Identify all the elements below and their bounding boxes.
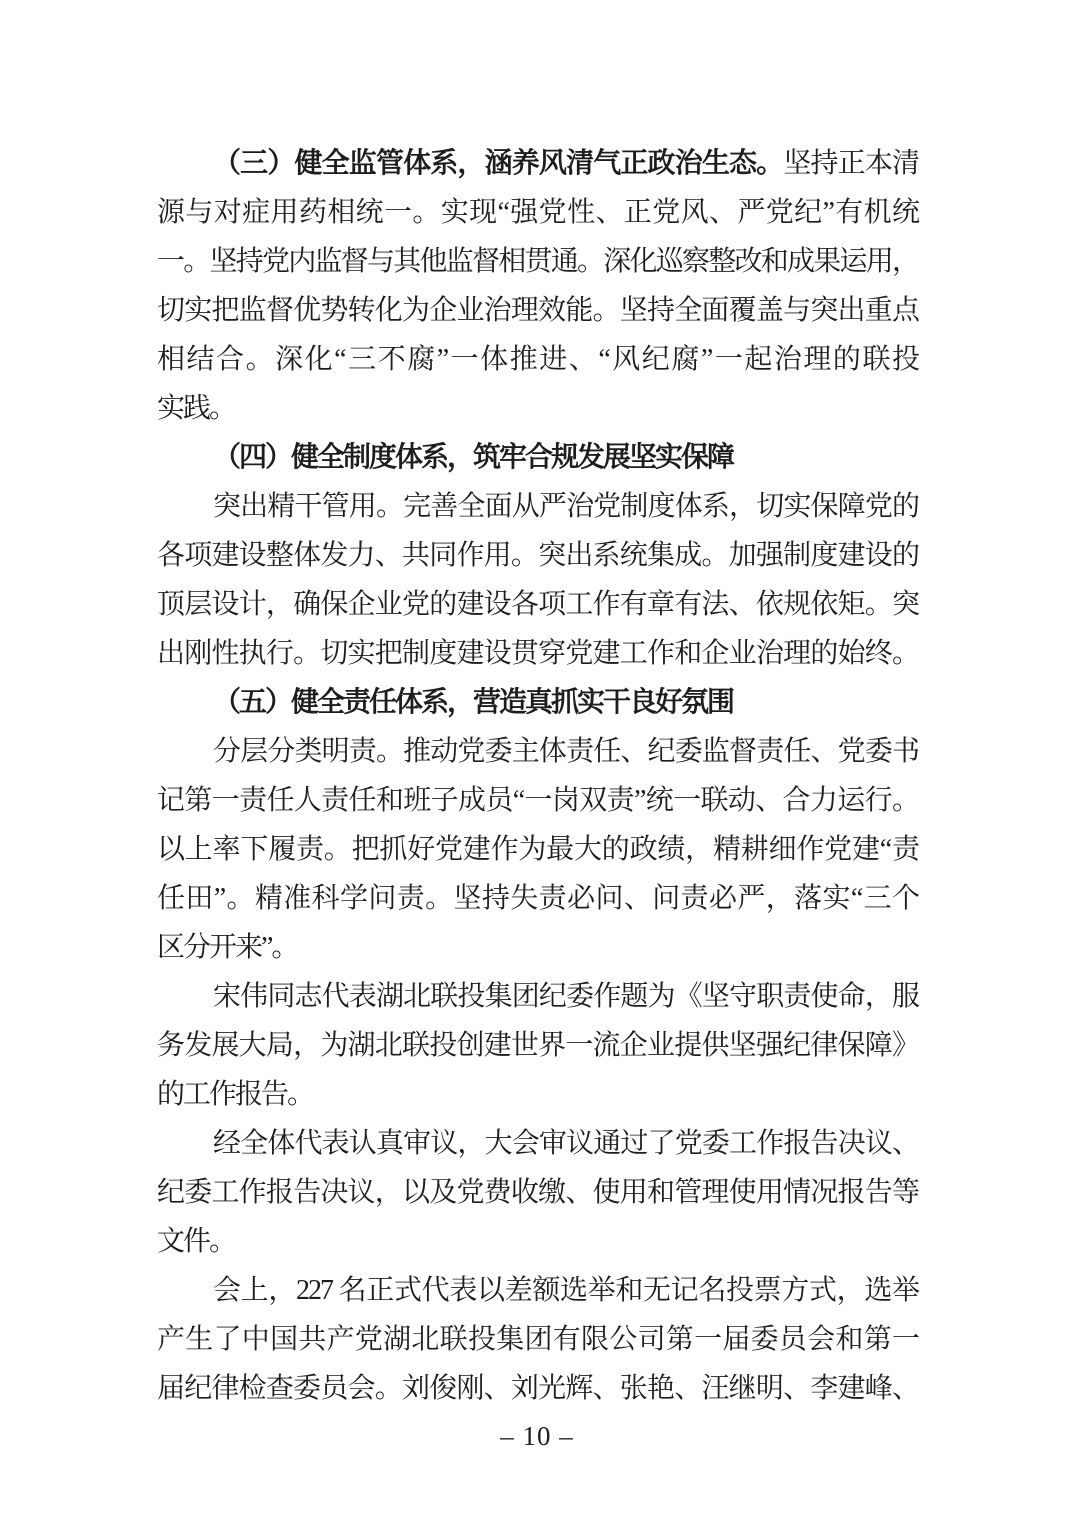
text-run: 产生了中国共产党湖北联投集团有限公司第一届委员会和第一 bbox=[157, 1324, 918, 1355]
text-run: 务发展大局，为湖北联投创建世界一流企业提供坚强纪律保障》 bbox=[157, 1030, 918, 1061]
paragraph: 突出精干管用。完善全面从严治党制度体系，切实保障党的各项建设整体发力、共同作用。… bbox=[157, 482, 918, 678]
section-heading: （四）健全制度体系，筑牢合规发展坚实保障 bbox=[157, 433, 918, 482]
text-line: 产生了中国共产党湖北联投集团有限公司第一届委员会和第一 bbox=[157, 1315, 918, 1364]
text-line: 宋伟同志代表湖北联投集团纪委作题为《坚守职责使命，服 bbox=[157, 972, 918, 1021]
text-line: 纪委工作报告决议，以及党费收缴、使用和管理使用情况报告等 bbox=[157, 1168, 918, 1217]
text-line: 记第一责任人责任和班子成员“一岗双责”统一联动、合力运行。 bbox=[157, 776, 918, 825]
text-run: 相结合。深化“三不腐”一体推进、“风纪腐”一起治理的联投 bbox=[157, 344, 918, 375]
text-run: 届纪律检查委员会。刘俊刚、刘光辉、张艳、汪继明、李建峰、 bbox=[157, 1373, 918, 1404]
text-run: 区分开来”。 bbox=[157, 932, 297, 963]
paragraph: 分层分类明责。推动党委主体责任、纪委监督责任、党委书记第一责任人责任和班子成员“… bbox=[157, 727, 918, 972]
text-run: 分层分类明责。推动党委主体责任、纪委监督责任、党委书 bbox=[213, 736, 918, 767]
text-line: 突出精干管用。完善全面从严治党制度体系，切实保障党的 bbox=[157, 482, 918, 531]
text-line: 区分开来”。 bbox=[157, 923, 918, 972]
text-run: 经全体代表认真审议，大会审议通过了党委工作报告决议、 bbox=[213, 1128, 918, 1159]
text-run: 源与对症用药相统一。实现“强党性、正党风、严党纪”有机统 bbox=[157, 197, 918, 228]
text-run: 突出精干管用。完善全面从严治党制度体系，切实保障党的 bbox=[213, 491, 918, 522]
paragraph: 经全体代表认真审议，大会审议通过了党委工作报告决议、纪委工作报告决议，以及党费收… bbox=[157, 1119, 918, 1266]
text-line: 出刚性执行。切实把制度建设贯穿党建工作和企业治理的始终。 bbox=[157, 629, 918, 678]
text-line: 顶层设计，确保企业党的建设各项工作有章有法、依规依矩。突 bbox=[157, 580, 918, 629]
text-run: 出刚性执行。切实把制度建设贯穿党建工作和企业治理的始终。 bbox=[157, 638, 918, 669]
heading-run: （四）健全制度体系，筑牢合规发展坚实保障 bbox=[213, 442, 733, 473]
text-line: 以上率下履责。把抓好党建作为最大的政绩，精耕细作党建“责 bbox=[157, 825, 918, 874]
text-run: 任田”。精准科学问责。坚持失责必问、问责必严，落实“三个 bbox=[157, 883, 918, 914]
text-run: 文件。 bbox=[157, 1226, 235, 1257]
text-run: 一。坚持党内监督与其他监督相贯通。深化巡察整改和成果运用， bbox=[157, 246, 918, 277]
text-run: 的工作报告。 bbox=[157, 1079, 313, 1110]
text-line: （五）健全责任体系，营造真抓实干良好氛围 bbox=[157, 678, 918, 727]
text-line: 务发展大局，为湖北联投创建世界一流企业提供坚强纪律保障》 bbox=[157, 1021, 918, 1070]
text-line: 任田”。精准科学问责。坚持失责必问、问责必严，落实“三个 bbox=[157, 874, 918, 923]
document-body: （三）健全监管体系，涵养风清气正政治生态。坚持正本清源与对症用药相统一。实现“强… bbox=[157, 139, 918, 1413]
text-line: （四）健全制度体系，筑牢合规发展坚实保障 bbox=[157, 433, 918, 482]
text-line: 各项建设整体发力、共同作用。突出系统集成。加强制度建设的 bbox=[157, 531, 918, 580]
page-number: – 10 – bbox=[0, 1412, 1074, 1461]
text-line: 相结合。深化“三不腐”一体推进、“风纪腐”一起治理的联投 bbox=[157, 335, 918, 384]
text-line: 一。坚持党内监督与其他监督相贯通。深化巡察整改和成果运用， bbox=[157, 237, 918, 286]
heading-run: （三）健全监管体系，涵养风清气正政治生态。 bbox=[213, 148, 783, 179]
document-page: （三）健全监管体系，涵养风清气正政治生态。坚持正本清源与对症用药相统一。实现“强… bbox=[0, 0, 1074, 1520]
text-line: 切实把监督优势转化为企业治理效能。坚持全面覆盖与突出重点 bbox=[157, 286, 918, 335]
text-run: 各项建设整体发力、共同作用。突出系统集成。加强制度建设的 bbox=[157, 540, 918, 571]
text-line: 文件。 bbox=[157, 1217, 918, 1266]
paragraph: （三）健全监管体系，涵养风清气正政治生态。坚持正本清源与对症用药相统一。实现“强… bbox=[157, 139, 918, 433]
text-run: 会上，227 名正式代表以差额选举和无记名投票方式，选举 bbox=[213, 1275, 918, 1306]
text-run: 切实把监督优势转化为企业治理效能。坚持全面覆盖与突出重点 bbox=[157, 295, 918, 326]
text-run: 记第一责任人责任和班子成员“一岗双责”统一联动、合力运行。 bbox=[157, 785, 918, 816]
text-line: 实践。 bbox=[157, 384, 918, 433]
text-line: 会上，227 名正式代表以差额选举和无记名投票方式，选举 bbox=[157, 1266, 918, 1315]
text-run: 以上率下履责。把抓好党建作为最大的政绩，精耕细作党建“责 bbox=[157, 834, 918, 865]
section-heading: （五）健全责任体系，营造真抓实干良好氛围 bbox=[157, 678, 918, 727]
text-line: 经全体代表认真审议，大会审议通过了党委工作报告决议、 bbox=[157, 1119, 918, 1168]
text-line: 源与对症用药相统一。实现“强党性、正党风、严党纪”有机统 bbox=[157, 188, 918, 237]
text-line: 分层分类明责。推动党委主体责任、纪委监督责任、党委书 bbox=[157, 727, 918, 776]
text-line: （三）健全监管体系，涵养风清气正政治生态。坚持正本清 bbox=[157, 139, 918, 188]
text-line: 的工作报告。 bbox=[157, 1070, 918, 1119]
text-run: 宋伟同志代表湖北联投集团纪委作题为《坚守职责使命，服 bbox=[213, 981, 918, 1012]
text-run: 实践。 bbox=[157, 393, 235, 424]
text-run: 顶层设计，确保企业党的建设各项工作有章有法、依规依矩。突 bbox=[157, 589, 918, 620]
heading-run: （五）健全责任体系，营造真抓实干良好氛围 bbox=[213, 687, 733, 718]
text-run: 坚持正本清 bbox=[783, 148, 918, 179]
paragraph: 会上，227 名正式代表以差额选举和无记名投票方式，选举产生了中国共产党湖北联投… bbox=[157, 1266, 918, 1413]
paragraph: 宋伟同志代表湖北联投集团纪委作题为《坚守职责使命，服务发展大局，为湖北联投创建世… bbox=[157, 972, 918, 1119]
text-line: 届纪律检查委员会。刘俊刚、刘光辉、张艳、汪继明、李建峰、 bbox=[157, 1364, 918, 1413]
text-run: 纪委工作报告决议，以及党费收缴、使用和管理使用情况报告等 bbox=[157, 1177, 918, 1208]
